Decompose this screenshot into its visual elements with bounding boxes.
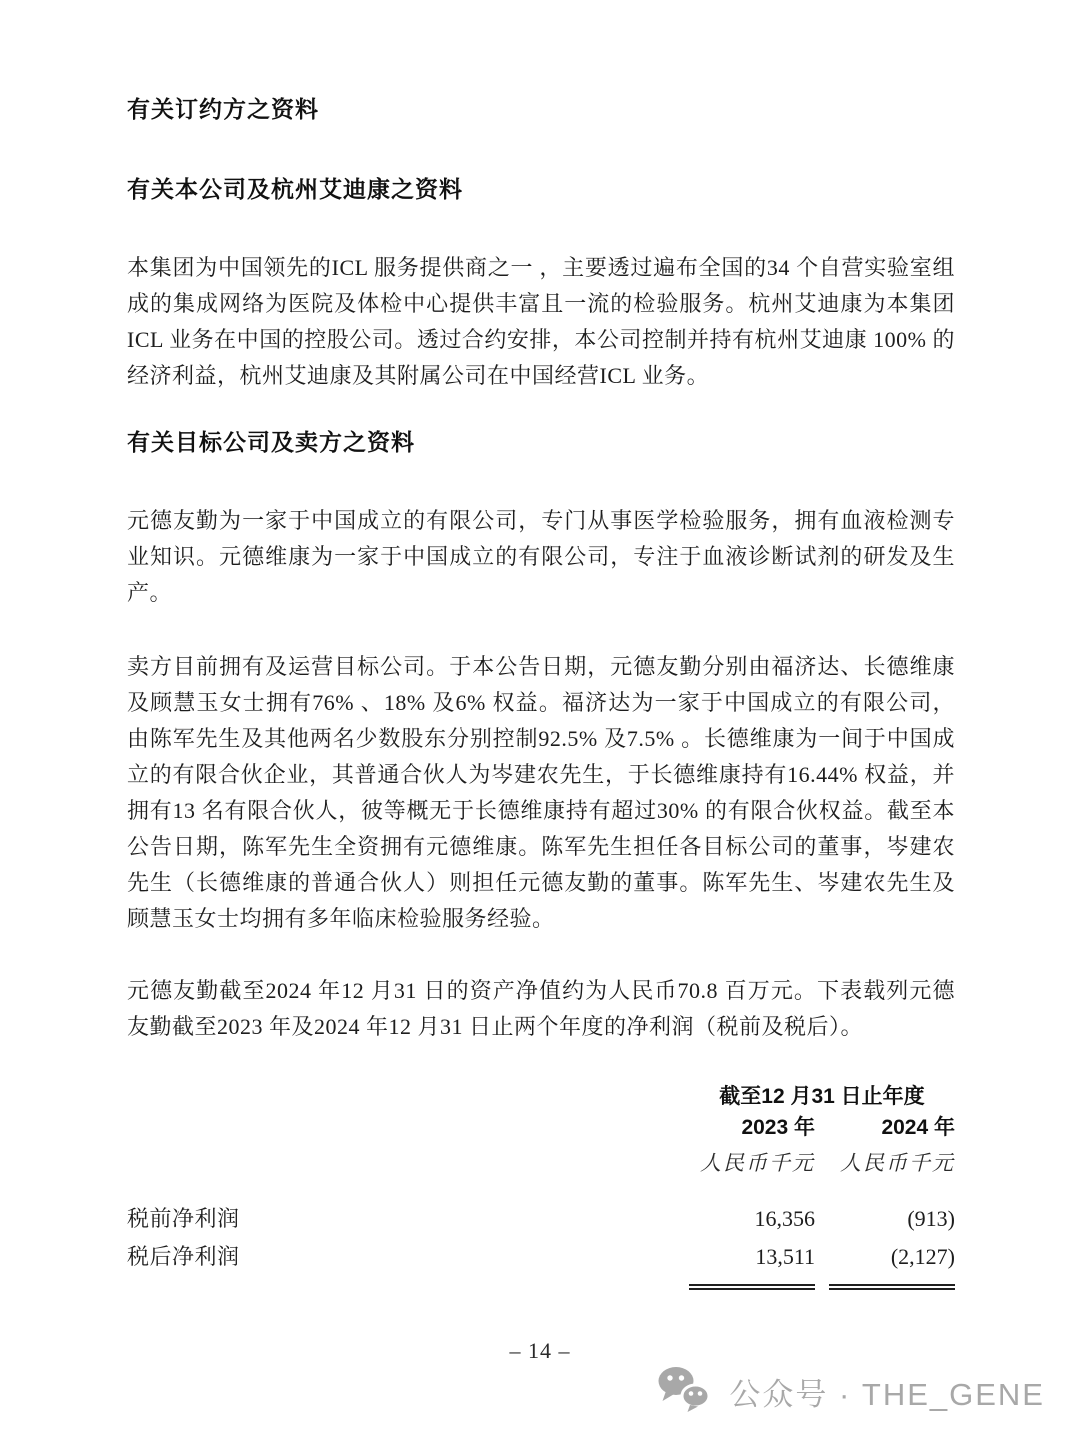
section-heading-target: 有关目标公司及卖方之资料	[127, 428, 955, 456]
table-row-posttax: 税后净利润 13,511 (2,127)	[127, 1238, 955, 1276]
table-col-header-2023: 2023 年	[689, 1112, 815, 1144]
pretax-value-2023: 16,356	[689, 1200, 815, 1238]
table-year-header-row: 2023 年 2024 年	[127, 1112, 955, 1144]
table-col-header-2024: 2024 年	[829, 1112, 955, 1144]
document-page: 有关订约方之资料 有关本公司及杭州艾迪康之资料 本集团为中国领先的ICL 服务提…	[0, 0, 1080, 1440]
table-unit-2024: 人民币千元	[829, 1148, 955, 1178]
table-total-rule-row	[127, 1284, 955, 1290]
page-title: 有关订约方之资料	[127, 95, 955, 123]
table-period-header-row: 截至12 月31 日止年度	[127, 1082, 955, 1112]
watermark-text: 公众号 · THE_GENE	[729, 1369, 1045, 1414]
table-unit-row: 人民币千元 人民币千元	[127, 1148, 955, 1178]
row-label-pretax: 税前净利润	[127, 1200, 689, 1238]
table-period-header: 截至12 月31 日止年度	[689, 1082, 955, 1112]
double-rule-2024	[829, 1284, 955, 1290]
document-content: 有关订约方之资料 有关本公司及杭州艾迪康之资料 本集团为中国领先的ICL 服务提…	[127, 95, 955, 1290]
table-unit-2023: 人民币千元	[689, 1148, 815, 1178]
net-profit-table: 截至12 月31 日止年度 2023 年 2024 年 人民币千元 人民币千元 …	[127, 1082, 955, 1290]
posttax-value-2024: (2,127)	[829, 1238, 955, 1276]
paragraph-net-asset-value: 元德友勤截至2024 年12 月31 日的资产净值约为人民币70.8 百万元。下…	[127, 973, 955, 1045]
double-rule-2023	[689, 1284, 815, 1290]
row-label-posttax: 税后净利润	[127, 1238, 689, 1276]
paragraph-sellers-detail: 卖方目前拥有及运营目标公司。于本公告日期，元德友勤分别由福济达、长德维康及顾慧玉…	[127, 649, 955, 937]
posttax-value-2023: 13,511	[689, 1238, 815, 1276]
watermark: 公众号 · THE_GENE	[657, 1366, 1045, 1417]
paragraph-company-info: 本集团为中国领先的ICL 服务提供商之一 ，主要透过遍布全国的34 个自营实验室…	[127, 250, 955, 394]
page-number: – 14 –	[0, 1338, 1080, 1364]
paragraph-target-intro: 元德友勤为一家于中国成立的有限公司，专门从事医学检验服务，拥有血液检测专业知识。…	[127, 503, 955, 611]
pretax-value-2024: (913)	[829, 1200, 955, 1238]
wechat-icon	[657, 1366, 713, 1417]
section-heading-company: 有关本公司及杭州艾迪康之资料	[127, 175, 955, 203]
table-row-pretax: 税前净利润 16,356 (913)	[127, 1200, 955, 1238]
